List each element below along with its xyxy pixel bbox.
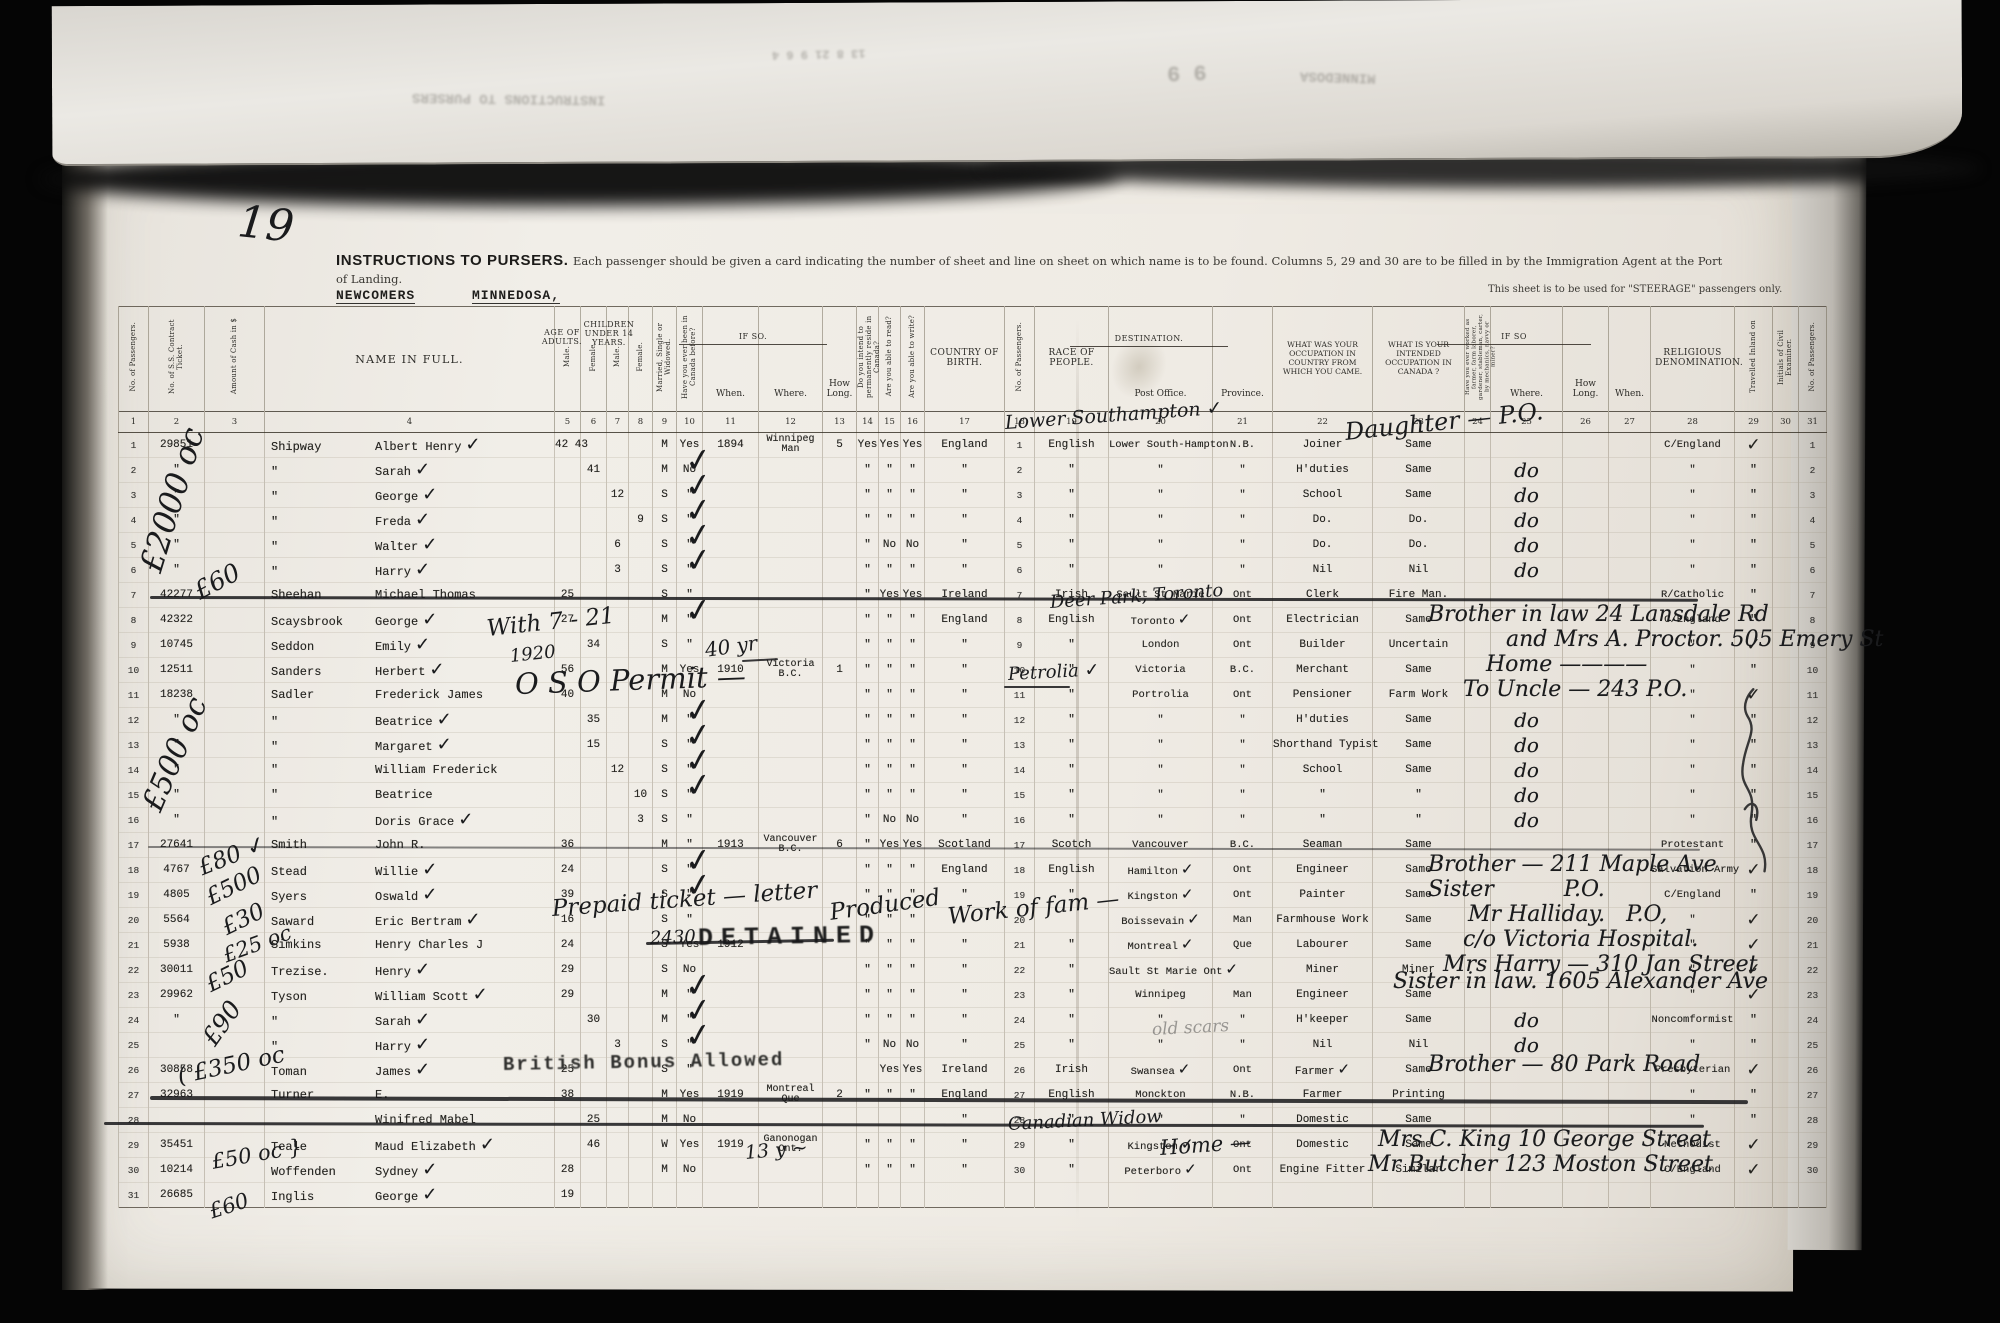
cell-co: " — [925, 808, 1005, 833]
cell-i: Yes — [857, 433, 879, 458]
cell-am: 38 — [555, 1083, 581, 1108]
cell-cm — [607, 708, 629, 733]
cell-cf — [629, 1158, 653, 1183]
cell-cf: 9 — [629, 508, 653, 533]
cell-cm — [607, 733, 629, 758]
cell-rw — [1491, 958, 1563, 983]
cell-rw: do — [1491, 758, 1563, 783]
cell-ex — [1773, 958, 1799, 983]
cell-inl: " — [1735, 458, 1773, 483]
cell-wk — [1465, 658, 1491, 683]
cell-race: " — [1035, 758, 1109, 783]
cell-cash — [205, 633, 265, 658]
cell-rw — [1491, 658, 1563, 683]
cell-n: 24 — [119, 1008, 149, 1033]
cell-wk — [1465, 883, 1491, 908]
cell-how — [823, 1033, 857, 1058]
cell-ex — [1773, 458, 1799, 483]
cell-rw — [1491, 433, 1563, 458]
cell-n3: 14 — [1799, 758, 1827, 783]
cell-rw: do — [1491, 733, 1563, 758]
cell-inl: " — [1735, 883, 1773, 908]
cell-of: Engine Fitter — [1273, 1158, 1373, 1183]
cell-r: " — [879, 483, 901, 508]
cell-cm — [607, 933, 629, 958]
cell-rh — [1563, 1033, 1609, 1058]
cell-rel: " — [1651, 733, 1735, 758]
cell-af: 41 — [581, 458, 607, 483]
cell-n: 8 — [119, 608, 149, 633]
cell-rel: " — [1651, 533, 1735, 558]
col-number-7: 7 — [607, 412, 629, 433]
cell-wk — [1465, 858, 1491, 883]
cell-oc: Uncertainand Mrs A. Proctor. 505 Emery S… — [1373, 633, 1465, 658]
cell-cash — [205, 1083, 265, 1108]
passenger-row: 2630858TomanJames✓25S"YesYesIreland26Iri… — [119, 1058, 1827, 1083]
cell-po: " — [1109, 458, 1213, 483]
cell-cash — [205, 508, 265, 533]
bleed-through-text: 9 9 — [1166, 58, 1207, 85]
cell-am — [555, 558, 581, 583]
manifest-table-area: No. of Passengers.No. of S.S. Contract T… — [118, 306, 1764, 1208]
col-header-15: Are you able to read? — [879, 307, 901, 412]
cell-pr: Man — [1213, 983, 1273, 1008]
cell-am — [555, 533, 581, 558]
cell-rwn — [1609, 533, 1651, 558]
cell-cf — [629, 558, 653, 583]
passenger-row: 2329962TysonWilliam Scott✓29M"✓""""23"Wi… — [119, 983, 1827, 1008]
cell-wk — [1465, 733, 1491, 758]
cell-where — [759, 1108, 823, 1133]
passenger-row: 5""Walter✓6S"✓"NoNo"5"""Do.Do.do""5 — [119, 533, 1827, 558]
cell-cf — [629, 708, 653, 733]
cell-how — [823, 533, 857, 558]
cell-am: 29 — [555, 983, 581, 1008]
cell-pr: " — [1213, 533, 1273, 558]
cell-rw — [1491, 858, 1563, 883]
cell-rwn — [1609, 683, 1651, 708]
cell-wk — [1465, 1083, 1491, 1108]
cell-of: Shorthand Typist — [1273, 733, 1373, 758]
cell-how — [823, 458, 857, 483]
cell-af: 35 — [581, 708, 607, 733]
cell-rh — [1563, 1108, 1609, 1133]
cell-st: M — [653, 1008, 677, 1033]
cell-rw — [1491, 1158, 1563, 1183]
cell-n: 19 — [119, 883, 149, 908]
cell-inl: ✓ — [1735, 1058, 1773, 1083]
cell-cf: 10 — [629, 783, 653, 808]
cell-rh — [1563, 1158, 1609, 1183]
cell-r: " — [879, 1008, 901, 1033]
cell-cm: 12 — [607, 758, 629, 783]
col-header-4: NAME IN FULL. — [265, 307, 555, 412]
cell-n: 2 — [119, 458, 149, 483]
cell-race: Irish — [1035, 1058, 1109, 1083]
cell-rel: " — [1651, 483, 1735, 508]
cell-how — [823, 1008, 857, 1033]
cell-name: SimkinsHenry Charles J — [265, 933, 555, 958]
cell-ex — [1773, 1183, 1799, 1208]
cell-rwn — [1609, 458, 1651, 483]
cell-t: 29962 — [149, 983, 205, 1008]
cell-n: 26 — [119, 1058, 149, 1083]
cell-rh — [1563, 783, 1609, 808]
cell-oc: SameBrother in law 24 Lansdale Rd — [1373, 608, 1465, 633]
cell-pr: " — [1213, 758, 1273, 783]
cell-rw: do — [1491, 808, 1563, 833]
cell-n3: 11 — [1799, 683, 1827, 708]
cell-n3: 22 — [1799, 958, 1827, 983]
cell-inl: ✓ — [1735, 1158, 1773, 1183]
cell-inl: ✓ — [1735, 958, 1773, 983]
cell-rel: C/England — [1651, 608, 1735, 633]
cell-bef: " — [677, 808, 703, 833]
col-header-13: How Long. — [823, 307, 857, 412]
cell-rwn — [1609, 483, 1651, 508]
cell-rwn — [1609, 1108, 1651, 1133]
col-header-23: WHAT IS YOUR INTENDED OCCUPATION IN CANA… — [1373, 307, 1465, 412]
cell-oc: Printing — [1373, 1083, 1465, 1108]
cell-wk — [1465, 958, 1491, 983]
cell-oc: SameSister in law. 1605 Alexander Ave — [1373, 983, 1465, 1008]
passenger-row: 3126685InglisGeorge✓19 — [119, 1183, 1827, 1208]
cell-where: Montreal Que — [759, 1083, 823, 1108]
cell-af: 34 — [581, 633, 607, 658]
cell-race: English — [1035, 433, 1109, 458]
cell-st: S — [653, 783, 677, 808]
cell-rh — [1563, 558, 1609, 583]
cell-n: 7 — [119, 583, 149, 608]
cell-cf — [629, 983, 653, 1008]
cell-name: ShipwayAlbert Henry✓ — [265, 433, 555, 458]
cell-where — [759, 633, 823, 658]
cell-st: S — [653, 483, 677, 508]
cell-am — [555, 483, 581, 508]
cell-n2: 15 — [1005, 783, 1035, 808]
cell-when — [703, 808, 759, 833]
cell-of: Miner — [1273, 958, 1373, 983]
cell-inl: " — [1735, 1033, 1773, 1058]
passenger-row: 910745SeddonEmily✓34S"""""9"LondonOntBui… — [119, 633, 1827, 658]
passenger-row: 16""Doris Grace✓3S""NoNo"16"""""do""16 — [119, 808, 1827, 833]
cell-rw: do — [1491, 483, 1563, 508]
cell-name: "Beatrice — [265, 783, 555, 808]
col-header-10: Have you ever been in Canada before? — [677, 307, 703, 412]
cell-inl: ✓ — [1735, 933, 1773, 958]
cell-n3: 12 — [1799, 708, 1827, 733]
cell-wk — [1465, 1008, 1491, 1033]
cell-of: Do. — [1273, 533, 1373, 558]
cell-r: " — [879, 508, 901, 533]
cell-where — [759, 783, 823, 808]
cell-where — [759, 558, 823, 583]
cell-w: " — [901, 708, 925, 733]
column-group-label: DESTINATION. — [1070, 334, 1228, 347]
cell-n3: 1 — [1799, 433, 1827, 458]
cell-pr: Ont — [1213, 883, 1273, 908]
cell-st: M — [653, 983, 677, 1008]
cell-n2: 21 — [1005, 933, 1035, 958]
cell-ex — [1773, 708, 1799, 733]
cell-rwn — [1609, 658, 1651, 683]
cell-co: " — [925, 1108, 1005, 1133]
cell-oc: Same — [1373, 1108, 1465, 1133]
cell-rh — [1563, 933, 1609, 958]
cell-inl: ✓ — [1735, 908, 1773, 933]
cell-cm — [607, 1108, 629, 1133]
cell-st: S — [653, 858, 677, 883]
handwritten-annotation: O S O Permit — — [514, 662, 746, 699]
cell-ex — [1773, 983, 1799, 1008]
cell-ex — [1773, 1058, 1799, 1083]
cell-co: " — [925, 508, 1005, 533]
cell-w: No — [901, 1033, 925, 1058]
cell-rh — [1563, 733, 1609, 758]
cell-rwn — [1609, 983, 1651, 1008]
cell-af — [581, 1083, 607, 1108]
cell-ex — [1773, 608, 1799, 633]
passenger-row: 742277SheehanMichael Thomas25S""YesYesIr… — [119, 583, 1827, 608]
cell-am — [555, 808, 581, 833]
cell-af — [581, 1158, 607, 1183]
cell-wk — [1465, 1033, 1491, 1058]
cell-how — [823, 1133, 857, 1158]
cell-t — [149, 1108, 205, 1133]
cell-n: 23 — [119, 983, 149, 1008]
ink-stamp: British Bonus Allowed — [503, 1051, 785, 1075]
cell-n2: 25 — [1005, 1033, 1035, 1058]
cell-oc: " — [1373, 783, 1465, 808]
cell-pr: Ont — [1213, 683, 1273, 708]
cell-n2: 29 — [1005, 1133, 1035, 1158]
cell-cm — [607, 1008, 629, 1033]
cell-of: School — [1273, 758, 1373, 783]
cell-w: " — [901, 658, 925, 683]
cell-po: Vancouver — [1109, 833, 1213, 858]
cell-rel: " — [1651, 633, 1735, 658]
cell-cm — [607, 1158, 629, 1183]
col-header-25: Where. — [1491, 307, 1563, 412]
cell-rh — [1563, 958, 1609, 983]
cell-r: " — [879, 983, 901, 1008]
cell-pr: " — [1213, 1108, 1273, 1133]
cell-rw: do — [1491, 508, 1563, 533]
cell-r — [879, 1183, 901, 1208]
cell-w: " — [901, 483, 925, 508]
cell-co: Scotland — [925, 833, 1005, 858]
cell-w: " — [901, 933, 925, 958]
cell-ex — [1773, 758, 1799, 783]
cell-where — [759, 758, 823, 783]
cell-i: " — [857, 1158, 879, 1183]
col-number-26: 26 — [1563, 412, 1609, 433]
instructions-line: INSTRUCTIONS TO PURSERS. Each passenger … — [336, 252, 1726, 288]
cell-how — [823, 608, 857, 633]
cell-wk — [1465, 983, 1491, 1008]
cell-rh — [1563, 458, 1609, 483]
cell-oc: Fire Man. — [1373, 583, 1465, 608]
passenger-row: 3010214WoffendenSydney✓28MNo""""30"Peter… — [119, 1158, 1827, 1183]
cell-af — [581, 558, 607, 583]
col-header-21: Province. — [1213, 307, 1273, 412]
handwritten-annotation: 1920 — [509, 643, 556, 666]
cell-oc: Do. — [1373, 508, 1465, 533]
cell-cash — [205, 808, 265, 833]
col-number-5: 5 — [555, 412, 581, 433]
cell-t: 10214 — [149, 1158, 205, 1183]
passenger-row: 1012511SandersHerbert✓56MYes1910Victoria… — [119, 658, 1827, 683]
cell-co — [925, 1183, 1005, 1208]
passenger-row: 3""George✓12S"✓""""3"""SchoolSamedo""3 — [119, 483, 1827, 508]
cell-oc: SameBrother — 211 Maple Ave — [1373, 858, 1465, 883]
cell-wk — [1465, 633, 1491, 658]
col-number-3: 3 — [205, 412, 265, 433]
cell-cf — [629, 858, 653, 883]
cell-wk — [1465, 808, 1491, 833]
cell-i: " — [857, 583, 879, 608]
cell-cash — [205, 733, 265, 758]
cell-ex — [1773, 658, 1799, 683]
cell-rh — [1563, 858, 1609, 883]
cell-co: " — [925, 733, 1005, 758]
cell-co: " — [925, 658, 1005, 683]
cell-where: Victoria B.C. — [759, 658, 823, 683]
cell-rw — [1491, 908, 1563, 933]
cell-rwn — [1609, 608, 1651, 633]
cell-co: " — [925, 633, 1005, 658]
cell-name: WoffendenSydney✓ — [265, 1158, 555, 1183]
cell-race: " — [1035, 633, 1109, 658]
cell-r: Yes — [879, 433, 901, 458]
cell-rw: do — [1491, 783, 1563, 808]
cell-name: SadlerFrederick James — [265, 683, 555, 708]
cell-where: Vancouver B.C. — [759, 833, 823, 858]
col-header-11: When. — [703, 307, 759, 412]
col-header-18: No. of Passengers. — [1005, 307, 1035, 412]
cell-am — [555, 733, 581, 758]
cell-n3: 26 — [1799, 1058, 1827, 1083]
cell-wk — [1465, 458, 1491, 483]
cell-rel: " — [1651, 783, 1735, 808]
cell-of: Labourer — [1273, 933, 1373, 958]
col-header-17: COUNTRY OF BIRTH. — [925, 307, 1005, 412]
col-number-16: 16 — [901, 412, 925, 433]
cell-st: S — [653, 808, 677, 833]
cell-wk — [1465, 708, 1491, 733]
cell-rw — [1491, 1058, 1563, 1083]
cell-of: Engineer — [1273, 858, 1373, 883]
passenger-row: 2935451TealeMaud Elizabeth✓46WYes1919Gan… — [119, 1133, 1827, 1158]
cell-n3: 24 — [1799, 1008, 1827, 1033]
cell-t: 12511 — [149, 658, 205, 683]
cell-st: S — [653, 508, 677, 533]
cell-po: " — [1109, 483, 1213, 508]
cell-i: " — [857, 1083, 879, 1108]
cell-how — [823, 808, 857, 833]
col-number-9: 9 — [653, 412, 677, 433]
cell-n: 17 — [119, 833, 149, 858]
cell-n2: 7 — [1005, 583, 1035, 608]
cell-when — [703, 1108, 759, 1133]
cell-cf — [629, 1183, 653, 1208]
cell-rh — [1563, 758, 1609, 783]
cell-po: " — [1109, 733, 1213, 758]
cell-n: 28 — [119, 1108, 149, 1133]
cell-rel: " — [1651, 983, 1735, 1008]
col-header-14: Do you intend to permanently reside in C… — [857, 307, 879, 412]
passenger-row: 1118238SadlerFrederick James40MNo""""11"… — [119, 683, 1827, 708]
cell-name: "Sarah✓ — [265, 1008, 555, 1033]
cell-oc: Do. — [1373, 533, 1465, 558]
cell-cf — [629, 608, 653, 633]
bleed-through-text: INSTRUCTIONS TO PURSERS — [412, 89, 605, 108]
cell-pr — [1213, 1183, 1273, 1208]
cell-po: " — [1109, 783, 1213, 808]
cell-how: 5 — [823, 433, 857, 458]
cell-n: 31 — [119, 1183, 149, 1208]
cell-rwn — [1609, 1058, 1651, 1083]
cell-rel: " — [1651, 458, 1735, 483]
cell-how — [823, 708, 857, 733]
cell-co: England — [925, 1083, 1005, 1108]
cell-rh — [1563, 833, 1609, 858]
cell-i: " — [857, 508, 879, 533]
cell-of: " — [1273, 783, 1373, 808]
cell-how: 2 — [823, 1083, 857, 1108]
passenger-row: 129851ShipwayAlbert Henry✓42 43MYes1894W… — [119, 433, 1827, 458]
cell-r: " — [879, 558, 901, 583]
cell-st — [653, 1183, 677, 1208]
cell-w: " — [901, 958, 925, 983]
cell-bef: Yes — [677, 1133, 703, 1158]
passenger-row: 12""Beatrice✓35M"✓""""12"""H'dutiesSamed… — [119, 708, 1827, 733]
cell-how — [823, 508, 857, 533]
cell-w: " — [901, 633, 925, 658]
newcomers-stamp: NEWCOMERS — [336, 288, 415, 304]
cell-n3: 13 — [1799, 733, 1827, 758]
cell-rwn — [1609, 508, 1651, 533]
cell-n3: 25 — [1799, 1033, 1827, 1058]
cell-r — [879, 1108, 901, 1133]
cell-i: " — [857, 958, 879, 983]
cell-am — [555, 508, 581, 533]
cell-cm: 6 — [607, 533, 629, 558]
column-group-label: IF SO — [1437, 332, 1591, 345]
cell-st: S — [653, 558, 677, 583]
cell-n: 3 — [119, 483, 149, 508]
cell-rwn — [1609, 583, 1651, 608]
cell-name: SheehanMichael Thomas — [265, 583, 555, 608]
cell-race: " — [1035, 958, 1109, 983]
cell-po: " — [1109, 808, 1213, 833]
cell-rwn — [1609, 1183, 1651, 1208]
cell-co: " — [925, 683, 1005, 708]
cell-oc: Nil — [1373, 558, 1465, 583]
cell-r: " — [879, 708, 901, 733]
cell-w: " — [901, 608, 925, 633]
cell-of: Farmer — [1273, 1083, 1373, 1108]
col-number-10: 10 — [677, 412, 703, 433]
cell-t: 5564 — [149, 908, 205, 933]
cell-rel: " — [1651, 958, 1735, 983]
cell-pr: Que — [1213, 933, 1273, 958]
cell-w: " — [901, 783, 925, 808]
cell-w: No — [901, 533, 925, 558]
cell-rel: " — [1651, 758, 1735, 783]
cell-af — [581, 933, 607, 958]
cell-i: " — [857, 983, 879, 1008]
